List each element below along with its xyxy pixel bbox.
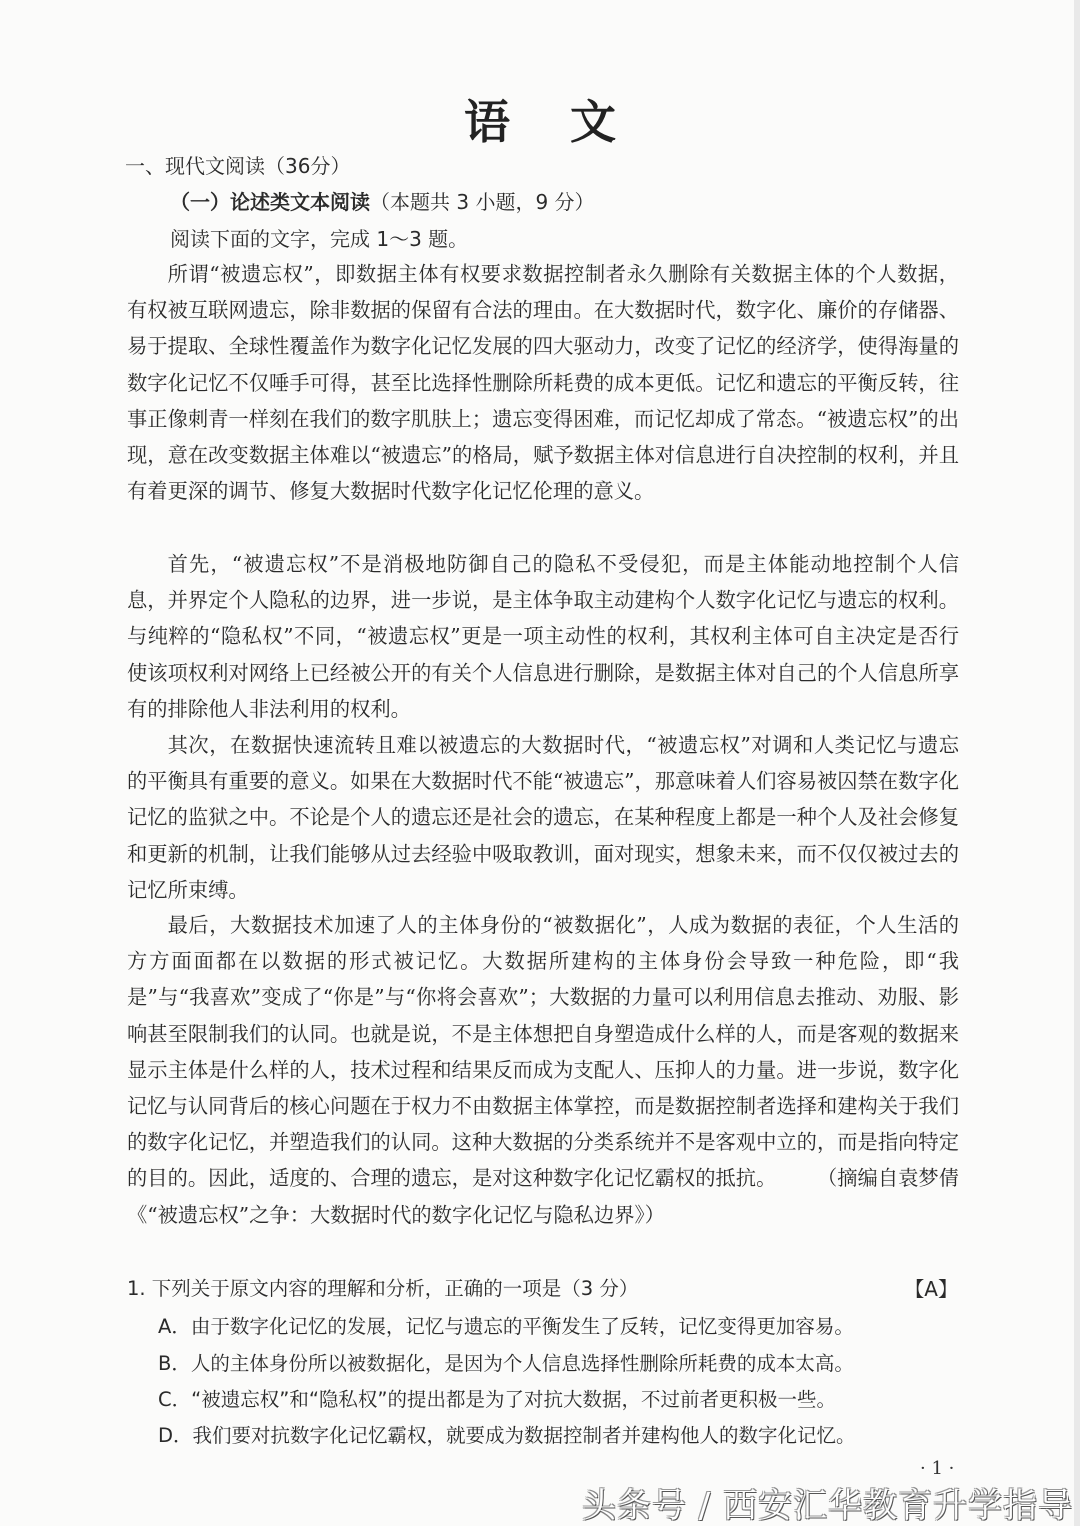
option-c: C．“被遗忘权”和“隐私权”的提出都是为了对抗大数据，不过前者更积极一些。 (158, 1384, 836, 1412)
reading-instruction: 阅读下面的文字，完成 1～3 题。 (170, 223, 468, 252)
passage-paragraph-2: 首先，“被遗忘权”不是消极地防御自己的隐私不受侵犯，而是主体能动地控制个人信息，… (127, 546, 959, 727)
option-b: B．人的主体身份所以被数据化，是因为个人信息选择性删除所耗费的成本太高。 (158, 1348, 854, 1376)
exam-page: 语文 一、现代文阅读（36分） （一）论述类文本阅读（本题共 3 小题，9 分）… (0, 0, 1080, 1526)
page-edge (1074, 0, 1080, 1526)
question-1-answer: 【A】 (904, 1273, 958, 1302)
page-number: · 1 · (920, 1458, 954, 1479)
option-a: A．由于数字化记忆的发展，记忆与遗忘的平衡发生了反转，记忆变得更加容易。 (158, 1311, 854, 1339)
page-title: 语文 (0, 86, 1080, 152)
section-heading: 一、现代文阅读（36分） (125, 150, 350, 179)
watermark: 头条号 / 西安汇华教育升学指导 (582, 1478, 1073, 1526)
passage-paragraph-1: 所谓“被遗忘权”，即数据主体有权要求数据控制者永久删除有关数据主体的个人数据，有… (127, 256, 959, 509)
question-1-stem: 1. 下列关于原文内容的理解和分析，正确的一项是（3 分） (127, 1273, 638, 1301)
subsection-heading: （一）论述类文本阅读（本题共 3 小题，9 分） (170, 186, 595, 215)
passage-paragraph-3: 其次，在数据快速流转且难以被遗忘的大数据时代，“被遗忘权”对调和人类记忆与遗忘的… (127, 727, 959, 908)
option-d: D．我们要对抗数字化记忆霸权，就要成为数据控制者并建构他人的数字化记忆。 (158, 1420, 856, 1448)
passage-paragraph-4: 最后，大数据技术加速了人的主体身份的“被数据化”，人成为数据的表征，个人生活的方… (127, 907, 959, 1233)
subsection-note: （本题共 3 小题，9 分） (370, 190, 595, 214)
subsection-label: （一）论述类文本阅读 (170, 190, 370, 214)
